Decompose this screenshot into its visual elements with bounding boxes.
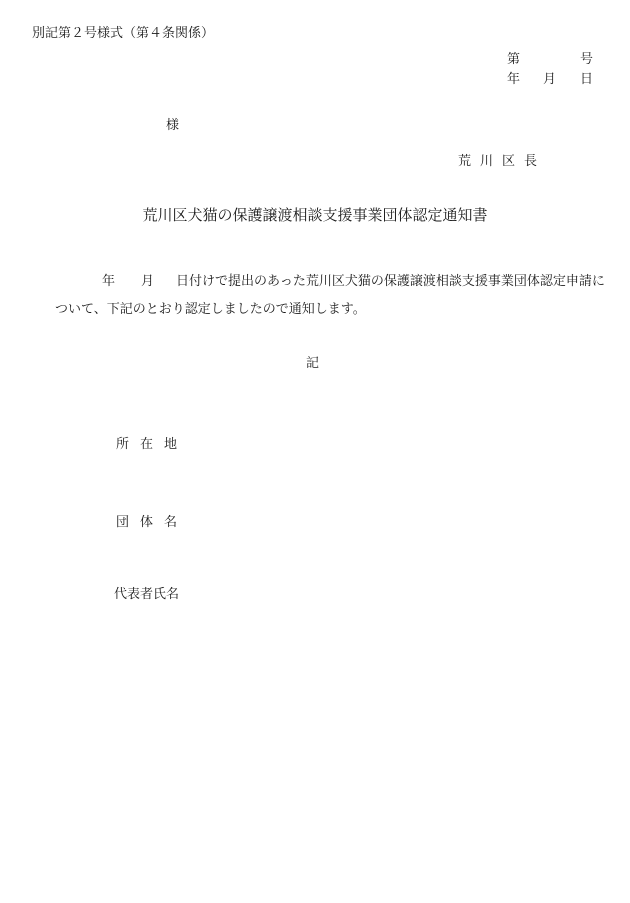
addressee: 様 <box>166 114 179 133</box>
ki-heading: 記 <box>306 352 319 371</box>
body-line-1-text: 日付けで提出のあった荒川区犬猫の保護譲渡相談支援事業団体認定申請に <box>176 274 605 289</box>
body-month: 月 <box>141 274 154 289</box>
document-title: 荒川区犬猫の保護譲渡相談支援事業団体認定通知書 <box>0 204 630 225</box>
doc-number-suffix: 号 <box>580 48 593 67</box>
field-label-representative: 代表者氏名 <box>114 583 179 602</box>
form-number: 別記第２号様式（第４条関係） <box>32 22 214 41</box>
date-month: 月 <box>543 68 556 87</box>
body-line-2: ついて、下記のとおり認定しましたので通知します。 <box>55 298 366 317</box>
body-year: 年 <box>102 274 115 289</box>
date-year: 年 <box>507 68 520 87</box>
body-line-1: 年月日付けで提出のあった荒川区犬猫の保護譲渡相談支援事業団体認定申請に <box>102 270 605 289</box>
doc-number-prefix: 第 <box>507 48 520 67</box>
field-label-organization: 団体名 <box>116 511 188 530</box>
field-label-address: 所在地 <box>116 433 188 452</box>
sender: 荒川区長 <box>458 150 546 169</box>
date-day: 日 <box>580 68 593 87</box>
